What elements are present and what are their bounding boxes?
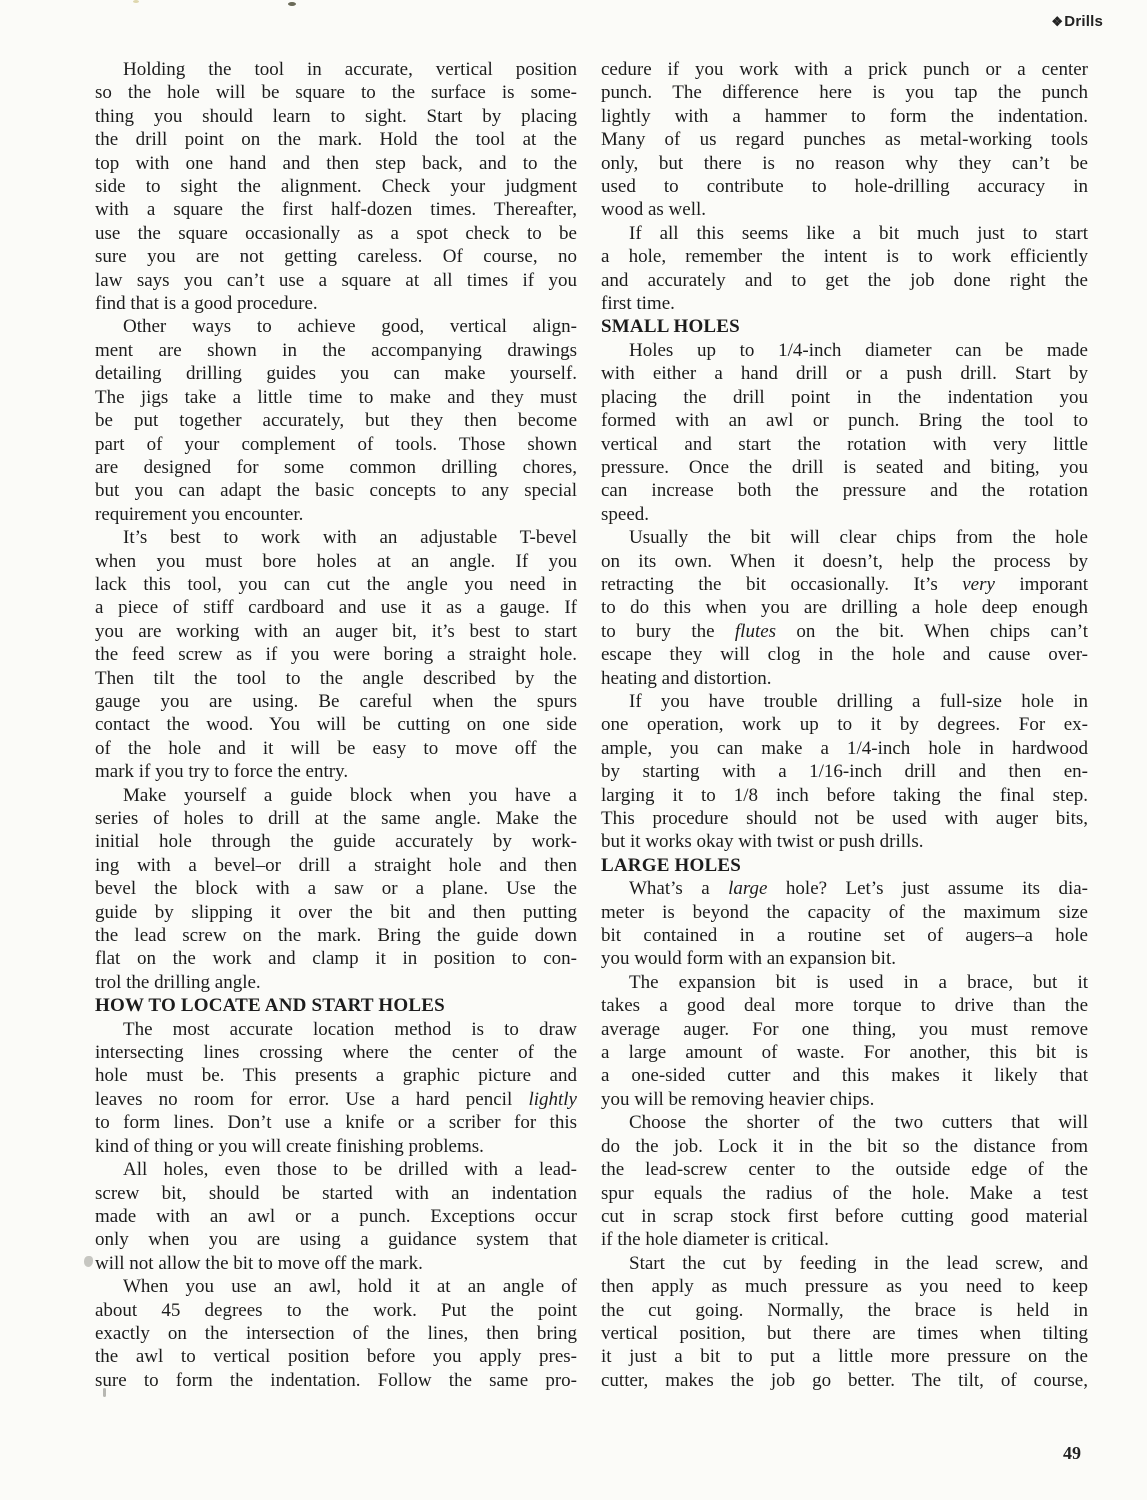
text-line: pressure. Once the drill is seated and b… — [601, 456, 1088, 479]
text-line: the feed screw as if you were boring a s… — [95, 643, 577, 666]
text-line: Holes up to 1/4-inch diameter can be mad… — [601, 339, 1088, 362]
text-line: gauge you are using. Be careful when the… — [95, 690, 577, 713]
text-line: cedure if you work with a prick punch or… — [601, 58, 1088, 81]
text-line: only, but there is no reason why they ca… — [601, 152, 1088, 175]
text-line: intersecting lines crossing where the ce… — [95, 1041, 577, 1064]
text-line: thing you should learn to sight. Start b… — [95, 105, 577, 128]
text-line: placing the drill point in the indentati… — [601, 386, 1088, 409]
text-line: If you have trouble drilling a full-size… — [601, 690, 1088, 713]
text-line: kind of thing or you will create finishi… — [95, 1135, 577, 1158]
paragraph: Other ways to achieve good, vertical ali… — [95, 315, 577, 526]
text-line: to do this when you are drilling a hole … — [601, 596, 1088, 619]
text-line: Start the cut by feeding in the lead scr… — [601, 1252, 1088, 1275]
text-line: It’s best to work with an adjustable T-b… — [95, 526, 577, 549]
text-line: larging it to 1/8 inch before taking the… — [601, 784, 1088, 807]
text-line: escape they will clog in the hole and ca… — [601, 643, 1088, 666]
text-line: the lead screw on the mark. Bring the gu… — [95, 924, 577, 947]
diamond-icon: ❖ — [1051, 14, 1063, 29]
text-line: to bury the flutes on the bit. When chip… — [601, 620, 1088, 643]
text-line: ing with a bevel–or drill a straight hol… — [95, 854, 577, 877]
right-column: cedure if you work with a prick punch or… — [601, 58, 1088, 1392]
text-line: a piece of stiff cardboard and use it as… — [95, 596, 577, 619]
text-line: sure to form the indentation. Follow the… — [95, 1369, 577, 1392]
section-heading: LARGE HOLES — [601, 854, 1088, 877]
text-line: This procedure should not be used with a… — [601, 807, 1088, 830]
text-line: detailing drilling guides you can make y… — [95, 362, 577, 385]
text-line: average auger. For one thing, you must r… — [601, 1018, 1088, 1041]
text-line: hole must be. This presents a graphic pi… — [95, 1064, 577, 1087]
text-line: one operation, work up to it by degrees.… — [601, 713, 1088, 736]
text-line: vertical and start the rotation with ver… — [601, 433, 1088, 456]
text-line: first time. — [601, 292, 1088, 315]
text-line: When you use an awl, hold it at an angle… — [95, 1275, 577, 1298]
paragraph: Holding the tool in accurate, vertical p… — [95, 58, 577, 315]
text-line: are designed for some common drilling ch… — [95, 456, 577, 479]
text-line: mark if you try to force the entry. — [95, 760, 577, 783]
text-line: to form lines. Don’t use a knife or a sc… — [95, 1111, 577, 1134]
text-line: lightly with a hammer to form the indent… — [601, 105, 1088, 128]
scan-smudge — [84, 1256, 93, 1267]
text-line: trol the drilling angle. — [95, 971, 577, 994]
text-line: when you must bore holes at an angle. If… — [95, 550, 577, 573]
text-line: punch. The difference here is you tap th… — [601, 81, 1088, 104]
text-line: a one-sided cutter and this makes it lik… — [601, 1064, 1088, 1087]
text-line: made with an awl or a punch. Exceptions … — [95, 1205, 577, 1228]
text-line: with either a hand drill or a push drill… — [601, 362, 1088, 385]
paragraph: Start the cut by feeding in the lead scr… — [601, 1252, 1088, 1392]
text-line: The most accurate location method is to … — [95, 1018, 577, 1041]
text-line: Other ways to achieve good, vertical ali… — [95, 315, 577, 338]
text-line: heating and distortion. — [601, 667, 1088, 690]
text-line: top with one hand and then step back, an… — [95, 152, 577, 175]
text-line: flat on the work and clamp it in positio… — [95, 947, 577, 970]
text-line: screw bit, should be started with an ind… — [95, 1182, 577, 1205]
text-line: use the square occasionally as a spot ch… — [95, 222, 577, 245]
text-line: ample, you can make a 1/4-inch hole in h… — [601, 737, 1088, 760]
text-line: do the job. Lock it in the bit so the di… — [601, 1135, 1088, 1158]
scan-speck — [133, 0, 139, 3]
text-line: about 45 degrees to the work. Put the po… — [95, 1299, 577, 1322]
text-line: All holes, even those to be drilled with… — [95, 1158, 577, 1181]
text-line: vertical position, but there are times w… — [601, 1322, 1088, 1345]
text-line: it just a bit to put a little more press… — [601, 1345, 1088, 1368]
paragraph: The expansion bit is used in a brace, bu… — [601, 971, 1088, 1111]
text-line: will not allow the bit to move off the m… — [95, 1252, 577, 1275]
text-line: you will be removing heavier chips. — [601, 1088, 1088, 1111]
paragraph: It’s best to work with an adjustable T-b… — [95, 526, 577, 783]
text-line: Choose the shorter of the two cutters th… — [601, 1111, 1088, 1134]
text-line: you are working with an auger bit, it’s … — [95, 620, 577, 643]
text-line: with a square the first half-dozen times… — [95, 198, 577, 221]
text-line: the lead-screw center to the outside edg… — [601, 1158, 1088, 1181]
paragraph: All holes, even those to be drilled with… — [95, 1158, 577, 1275]
text-line: initial hole through the guide accuratel… — [95, 830, 577, 853]
paragraph: If all this seems like a bit much just t… — [601, 222, 1088, 316]
text-line: What’s a large hole? Let’s just assume i… — [601, 877, 1088, 900]
text-line: side to sight the alignment. Check your … — [95, 175, 577, 198]
text-line: The expansion bit is used in a brace, bu… — [601, 971, 1088, 994]
scan-speck — [288, 2, 296, 6]
text-line: cutter, makes the job go better. The til… — [601, 1369, 1088, 1392]
text-line: The jigs take a little time to make and … — [95, 386, 577, 409]
text-line: the cut going. Normally, the brace is he… — [601, 1299, 1088, 1322]
text-line: can increase both the pressure and the r… — [601, 479, 1088, 502]
text-line: series of holes to drill at the same ang… — [95, 807, 577, 830]
text-line: and accurately and to get the job done r… — [601, 269, 1088, 292]
text-line: takes a good deal more torque to drive t… — [601, 994, 1088, 1017]
text-line: but it works okay with twist or push dri… — [601, 830, 1088, 853]
paragraph: Usually the bit will clear chips from th… — [601, 526, 1088, 690]
paragraph: The most accurate location method is to … — [95, 1018, 577, 1158]
text-line: sure you are not getting careless. Of co… — [95, 245, 577, 268]
text-line: bevel the block with a saw or a plane. U… — [95, 877, 577, 900]
text-line: if the hole diameter is critical. — [601, 1228, 1088, 1251]
text-line: a large amount of waste. For another, th… — [601, 1041, 1088, 1064]
text-line: Holding the tool in accurate, vertical p… — [95, 58, 577, 81]
text-line: exactly on the intersection of the lines… — [95, 1322, 577, 1345]
text-line: then apply as much pressure as you need … — [601, 1275, 1088, 1298]
text-line: on its own. When it doesn’t, help the pr… — [601, 550, 1088, 573]
text-line: cut in scrap stock first before cutting … — [601, 1205, 1088, 1228]
paragraph: cedure if you work with a prick punch or… — [601, 58, 1088, 222]
text-line: If all this seems like a bit much just t… — [601, 222, 1088, 245]
text-line: leaves no room for error. Use a hard pen… — [95, 1088, 577, 1111]
text-line: Many of us regard punches as metal-worki… — [601, 128, 1088, 151]
book-page: ❖Drills Holding the tool in accurate, ve… — [0, 0, 1147, 1500]
text-line: by starting with a 1/16-inch drill and t… — [601, 760, 1088, 783]
paragraph: Choose the shorter of the two cutters th… — [601, 1111, 1088, 1251]
text-line: lack this tool, you can cut the angle yo… — [95, 573, 577, 596]
text-line: bit contained in a routine set of augers… — [601, 924, 1088, 947]
paragraph: Holes up to 1/4-inch diameter can be mad… — [601, 339, 1088, 526]
text-line: ment are shown in the accompanying drawi… — [95, 339, 577, 362]
text-line: Then tilt the tool to the angle describe… — [95, 667, 577, 690]
text-line: retracting the bit occasionally. It’s ve… — [601, 573, 1088, 596]
running-head-label: Drills — [1064, 13, 1103, 30]
text-line: Make yourself a guide block when you hav… — [95, 784, 577, 807]
text-line: wood as well. — [601, 198, 1088, 221]
text-line: formed with an awl or punch. Bring the t… — [601, 409, 1088, 432]
text-line: the drill point on the mark. Hold the to… — [95, 128, 577, 151]
text-line: spur equals the radius of the hole. Make… — [601, 1182, 1088, 1205]
text-line: part of your complement of tools. Those … — [95, 433, 577, 456]
paragraph: What’s a large hole? Let’s just assume i… — [601, 877, 1088, 971]
text-columns: Holding the tool in accurate, vertical p… — [95, 58, 1088, 1392]
text-line: guide by slipping it over the bit and th… — [95, 901, 577, 924]
paragraph: When you use an awl, hold it at an angle… — [95, 1275, 577, 1392]
text-line: be put together accurately, but they the… — [95, 409, 577, 432]
text-line: speed. — [601, 503, 1088, 526]
text-line: only when you are using a guidance syste… — [95, 1228, 577, 1251]
text-line: the awl to vertical position before you … — [95, 1345, 577, 1368]
text-line: requirement you encounter. — [95, 503, 577, 526]
text-line: Usually the bit will clear chips from th… — [601, 526, 1088, 549]
left-column: Holding the tool in accurate, vertical p… — [95, 58, 577, 1392]
text-line: used to contribute to hole-drilling accu… — [601, 175, 1088, 198]
section-heading: HOW TO LOCATE AND START HOLES — [95, 994, 577, 1017]
text-line: a hole, remember the intent is to work e… — [601, 245, 1088, 268]
text-line: meter is beyond the capacity of the maxi… — [601, 901, 1088, 924]
text-line: contact the wood. You will be cutting on… — [95, 713, 577, 736]
page-number: 49 — [1063, 1443, 1081, 1464]
text-line: find that is a good procedure. — [95, 292, 577, 315]
paragraph: If you have trouble drilling a full-size… — [601, 690, 1088, 854]
text-line: but you can adapt the basic concepts to … — [95, 479, 577, 502]
text-line: law says you can’t use a square at all t… — [95, 269, 577, 292]
paragraph: Make yourself a guide block when you hav… — [95, 784, 577, 995]
section-heading: SMALL HOLES — [601, 315, 1088, 338]
text-line: of the hole and it will be easy to move … — [95, 737, 577, 760]
text-line: so the hole will be square to the surfac… — [95, 81, 577, 104]
running-head: ❖Drills — [1051, 13, 1103, 30]
text-line: you would form with an expansion bit. — [601, 947, 1088, 970]
